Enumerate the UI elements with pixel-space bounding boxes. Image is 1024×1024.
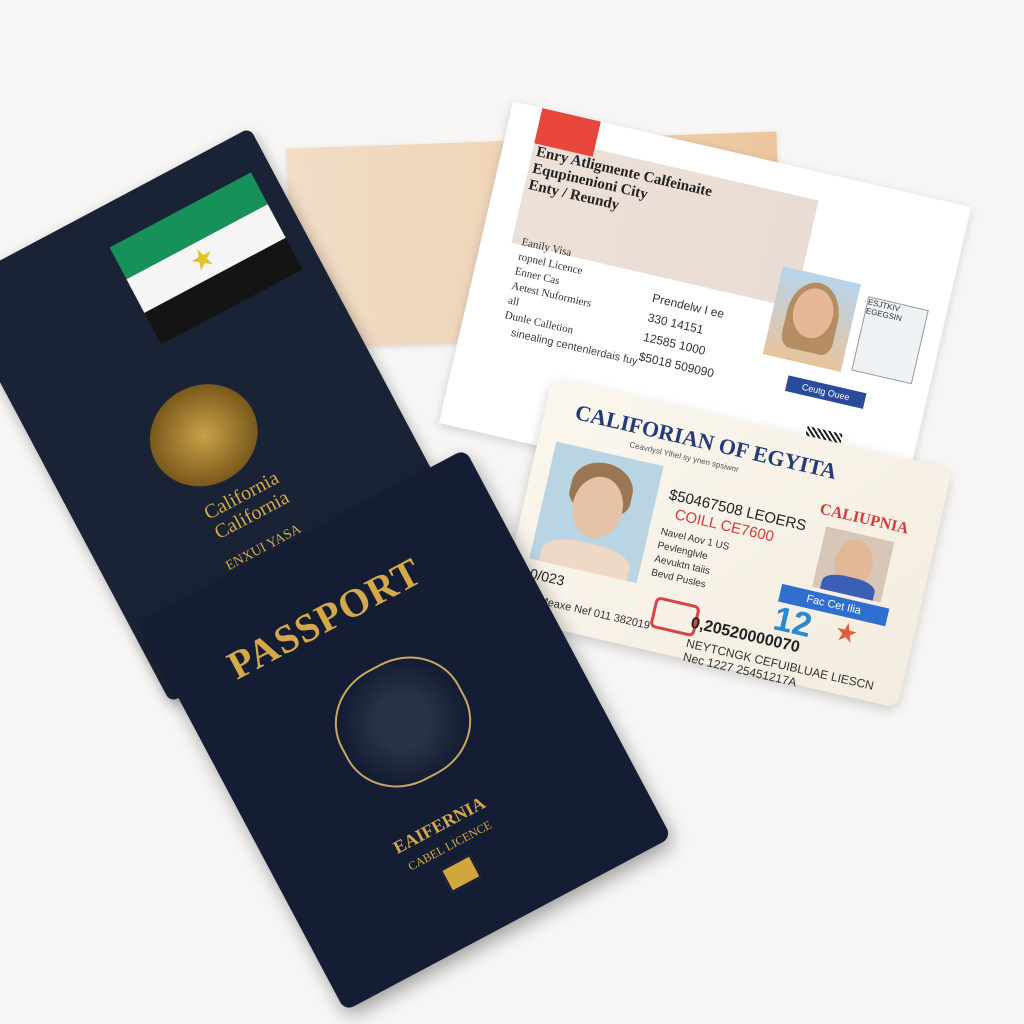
id-portrait-photo [529,441,663,583]
mini-id-card: ESJTKIV EGEGSIN [851,296,929,384]
eagle-emblem-icon [315,636,492,808]
form-list: Eanily Visa ropnel Licence Enner Cas Aet… [503,235,603,341]
flag-icon: ★ [110,172,303,344]
small-portrait-photo [812,526,894,602]
blue-badge: Ceutg Ouee [785,375,867,409]
chip-icon [440,854,482,893]
form-values: Prendelw I ee 330 14151 12585 1000 $5018… [637,288,730,383]
id-detail-lines: Navel Aov 1 US Pevlenglvle Aevuktn taiis… [650,525,731,595]
star-icon: ★ [832,615,862,650]
